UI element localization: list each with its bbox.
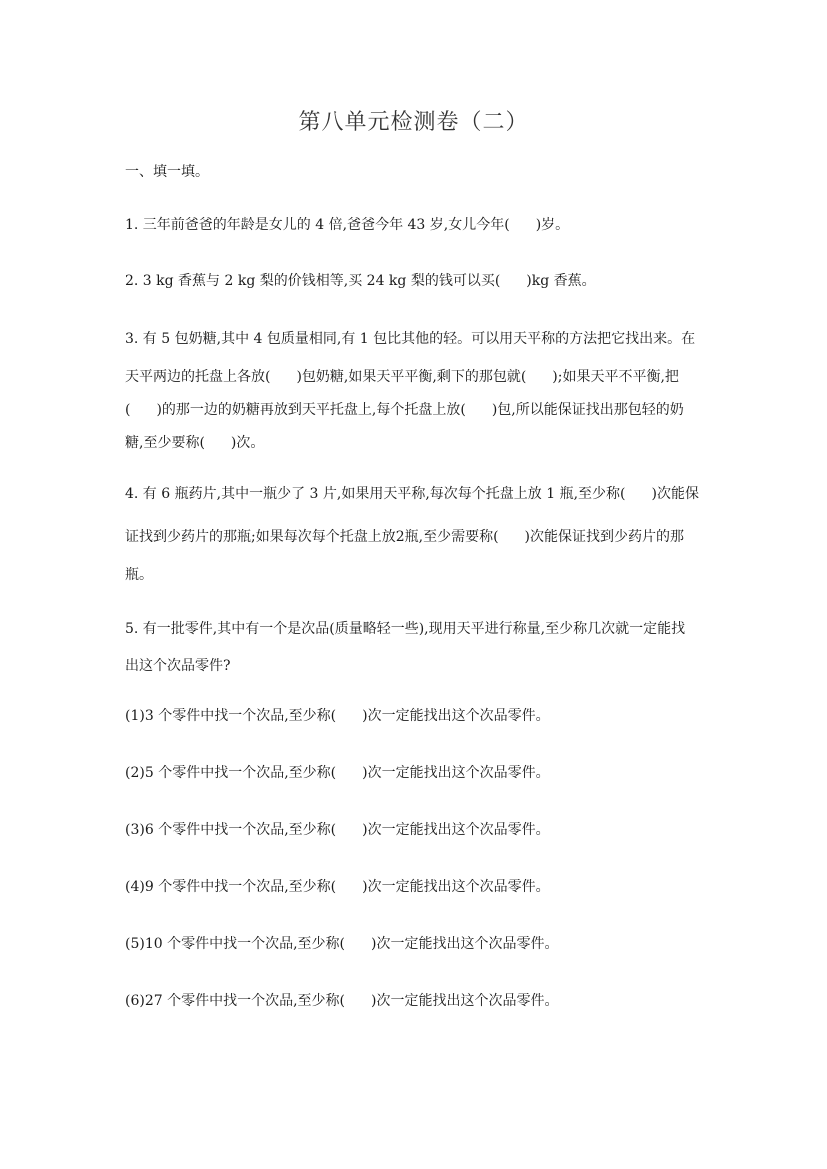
text-segment: )次。 bbox=[231, 435, 264, 451]
text-segment: 4. 有 6 瓶药片,其中一瓶少了 3 片,如果用天平称,每次每个托盘上放 1 … bbox=[125, 486, 626, 502]
question-3-line-4: 糖,至少要称()次。 bbox=[125, 433, 264, 453]
question-4-line-1: 4. 有 6 瓶药片,其中一瓶少了 3 片,如果用天平称,每次每个托盘上放 1 … bbox=[125, 484, 699, 504]
text-segment: 瓶。 bbox=[125, 567, 153, 583]
text-segment: )的那一边的奶糖再放到天平托盘上,每个托盘上放( bbox=[156, 402, 465, 418]
section-heading: 一、填一填。 bbox=[125, 162, 209, 182]
text-segment: (3)6 个零件中找一个次品,至少称( bbox=[125, 822, 336, 838]
question-3-line-1: 3. 有 5 包奶糖,其中 4 包质量相同,有 1 包比其他的轻。可以用天平称的… bbox=[125, 329, 695, 349]
text-segment: );如果天平不平衡,把 bbox=[552, 369, 679, 385]
question-1-line-1: 1. 三年前爸爸的年龄是女儿的 4 倍,爸爸今年 43 岁,女儿今年()岁。 bbox=[125, 215, 569, 235]
text-segment: (2)5 个零件中找一个次品,至少称( bbox=[125, 765, 336, 781]
question-5-sub-4: (4)9 个零件中找一个次品,至少称()次一定能找出这个次品零件。 bbox=[125, 877, 550, 897]
text-segment: (4)9 个零件中找一个次品,至少称( bbox=[125, 879, 336, 895]
text-segment: )次一定能找出这个次品零件。 bbox=[362, 708, 549, 724]
text-segment: )kg 香蕉。 bbox=[526, 273, 595, 289]
question-4-line-2: 证找到少药片的那瓶;如果每次每个托盘上放2瓶,至少需要称()次能保证找到少药片的… bbox=[125, 527, 684, 547]
question-5-sub-2: (2)5 个零件中找一个次品,至少称()次一定能找出这个次品零件。 bbox=[125, 763, 550, 783]
text-segment: )次一定能找出这个次品零件。 bbox=[371, 993, 558, 1009]
text-segment: )次能保 bbox=[652, 486, 699, 502]
text-segment: 1. 三年前爸爸的年龄是女儿的 4 倍,爸爸今年 43 岁,女儿今年( bbox=[125, 217, 510, 233]
text-segment: ( bbox=[125, 402, 130, 418]
question-2-line-1: 2. 3 kg 香蕉与 2 kg 梨的价钱相等,买 24 kg 梨的钱可以买()… bbox=[125, 271, 596, 291]
question-5-sub-3: (3)6 个零件中找一个次品,至少称()次一定能找出这个次品零件。 bbox=[125, 820, 550, 840]
text-segment: 天平两边的托盘上各放( bbox=[125, 369, 270, 385]
question-5-line-2: 出这个次品零件? bbox=[125, 656, 231, 676]
question-5-sub-1: (1)3 个零件中找一个次品,至少称()次一定能找出这个次品零件。 bbox=[125, 706, 550, 726]
text-segment: )次能保证找到少药片的那 bbox=[525, 529, 684, 545]
question-5-sub-5: (5)10 个零件中找一个次品,至少称()次一定能找出这个次品零件。 bbox=[125, 934, 558, 954]
text-segment: )次一定能找出这个次品零件。 bbox=[362, 822, 549, 838]
question-5-line-1: 5. 有一批零件,其中有一个是次品(质量略轻一些),现用天平进行称量,至少称几次… bbox=[125, 619, 685, 639]
question-5-sub-6: (6)27 个零件中找一个次品,至少称()次一定能找出这个次品零件。 bbox=[125, 991, 558, 1011]
text-segment: (1)3 个零件中找一个次品,至少称( bbox=[125, 708, 336, 724]
worksheet-page: 第八单元检测卷（二） 一、填一填。 1. 三年前爸爸的年龄是女儿的 4 倍,爸爸… bbox=[0, 0, 827, 1169]
text-segment: )包,所以能保证找出那包轻的奶 bbox=[492, 402, 684, 418]
text-segment: )次一定能找出这个次品零件。 bbox=[362, 765, 549, 781]
text-segment: 证找到少药片的那瓶;如果每次每个托盘上放2瓶,至少需要称( bbox=[125, 529, 499, 545]
text-segment: 3. 有 5 包奶糖,其中 4 包质量相同,有 1 包比其他的轻。可以用天平称的… bbox=[125, 331, 695, 347]
text-segment: )岁。 bbox=[536, 217, 569, 233]
question-4-line-3: 瓶。 bbox=[125, 565, 153, 585]
text-segment: 5. 有一批零件,其中有一个是次品(质量略轻一些),现用天平进行称量,至少称几次… bbox=[125, 621, 685, 637]
text-segment: 出这个次品零件? bbox=[125, 658, 231, 674]
text-segment: )包奶糖,如果天平平衡,剩下的那包就( bbox=[296, 369, 526, 385]
text-segment: )次一定能找出这个次品零件。 bbox=[362, 879, 549, 895]
text-segment: 2. 3 kg 香蕉与 2 kg 梨的价钱相等,买 24 kg 梨的钱可以买( bbox=[125, 273, 500, 289]
question-3-line-3: ()的那一边的奶糖再放到天平托盘上,每个托盘上放()包,所以能保证找出那包轻的奶 bbox=[125, 400, 684, 420]
text-segment: )次一定能找出这个次品零件。 bbox=[371, 936, 558, 952]
question-3-line-2: 天平两边的托盘上各放()包奶糖,如果天平平衡,剩下的那包就();如果天平不平衡,… bbox=[125, 367, 679, 387]
text-segment: (6)27 个零件中找一个次品,至少称( bbox=[125, 993, 345, 1009]
text-segment: 糖,至少要称( bbox=[125, 435, 205, 451]
text-segment: (5)10 个零件中找一个次品,至少称( bbox=[125, 936, 345, 952]
page-title: 第八单元检测卷（二） bbox=[0, 108, 827, 138]
